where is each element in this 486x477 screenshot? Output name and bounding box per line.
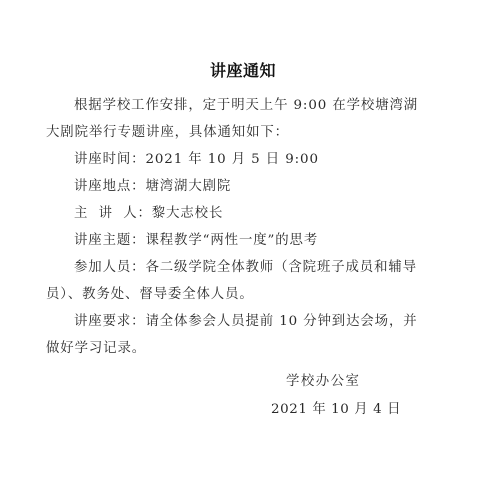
signature-office: 学校办公室 xyxy=(286,373,486,391)
intro-line-2: 大剧院举行专题讲座，具体通知如下： xyxy=(46,124,426,142)
signature-date: 2021 年 10 月 4 日 xyxy=(271,401,486,419)
requirements-line-1: 讲座要求：请全体参会人员提前 10 分钟到达会场，并 xyxy=(74,313,454,331)
intro-line-1: 根据学校工作安排，定于明天上午 9:00 在学校塘湾湖 xyxy=(74,97,454,115)
notice-page: 讲座通知 根据学校工作安排，定于明天上午 9:00 在学校塘湾湖 大剧院举行专题… xyxy=(0,0,486,477)
lecture-topic: 讲座主题：课程教学“两性一度”的思考 xyxy=(74,232,454,250)
lecture-location: 讲座地点：塘湾湖大剧院 xyxy=(74,178,454,196)
lecture-time: 讲座时间：2021 年 10 月 5 日 9:00 xyxy=(74,151,454,169)
attendees-line-1: 参加人员：各二级学院全体教师（含院班子成员和辅导 xyxy=(74,259,454,277)
attendees-line-2: 员）、教务处、督导委全体人员。 xyxy=(46,286,426,304)
requirements-line-2: 做好学习记录。 xyxy=(46,340,426,358)
notice-title: 讲座通知 xyxy=(0,58,486,81)
lecture-speaker: 主 讲 人：黎大志校长 xyxy=(74,205,454,223)
